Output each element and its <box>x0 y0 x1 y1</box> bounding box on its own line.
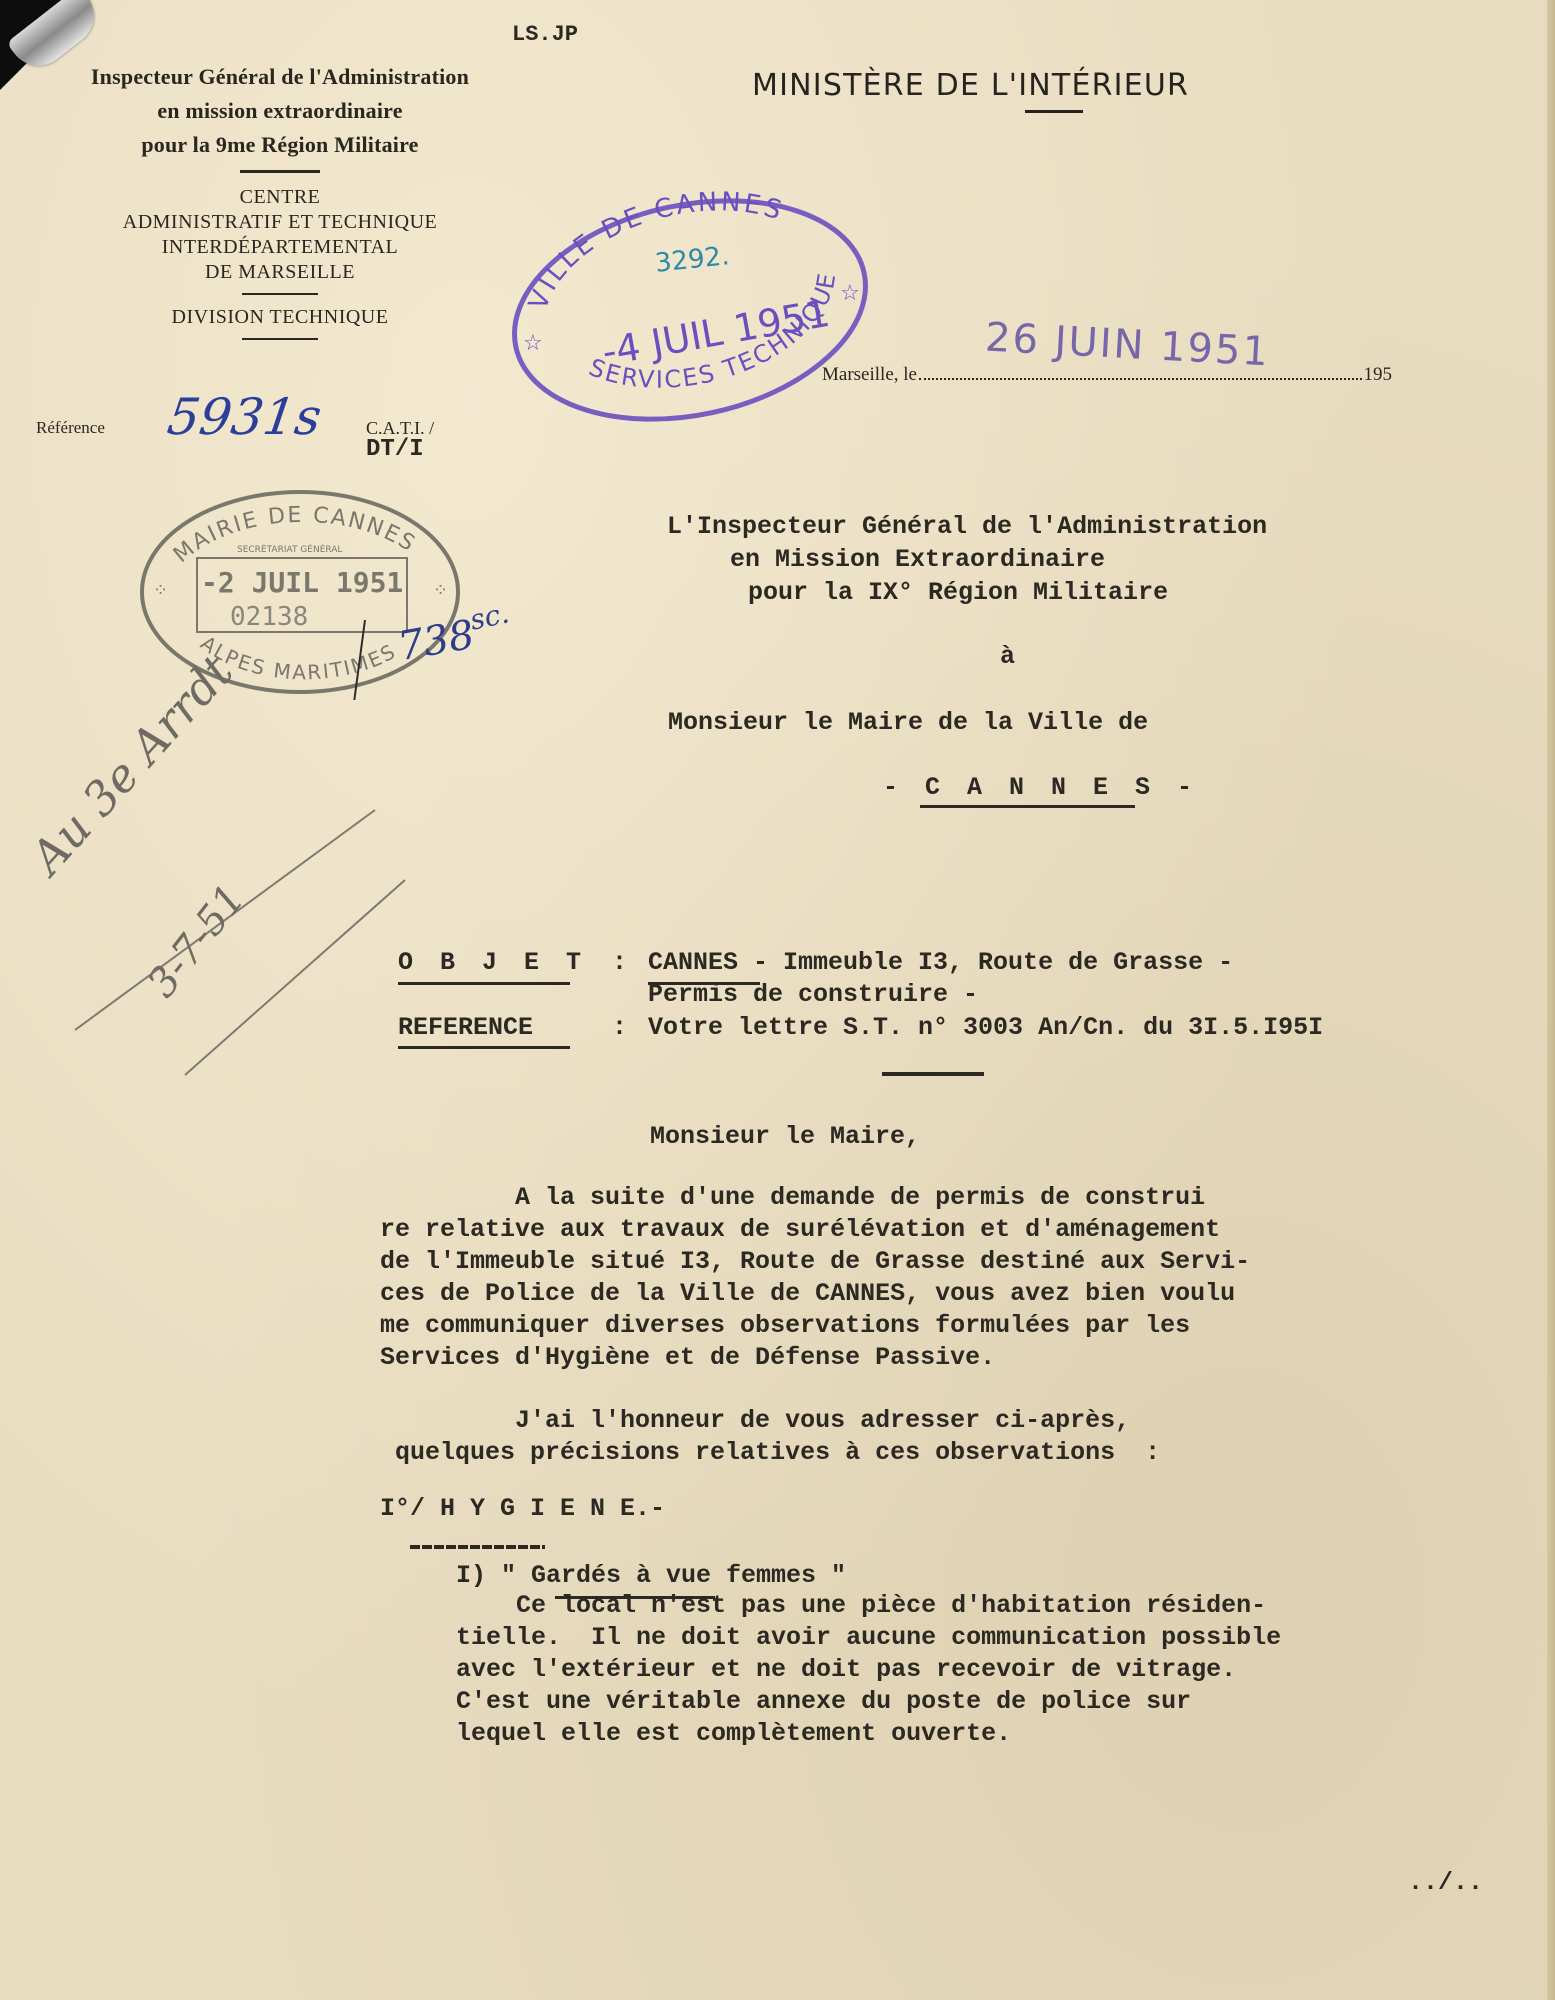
handwritten-initials: sc. <box>467 596 512 636</box>
objet-line-2: Permis de construire - <box>648 978 978 1011</box>
to-connector: à <box>1000 640 1015 673</box>
section-heading-hygiene: I°/ H Y G I E N E.- <box>380 1493 665 1525</box>
date-year-suffix: 195 <box>1364 364 1393 386</box>
centre-line-4: DE MARSEILLE <box>60 260 500 285</box>
paragraph-1: A la suite d'une demande de permis de co… <box>380 1182 1250 1374</box>
item-heading: I) " Gardés à vue femmes " <box>456 1560 846 1592</box>
paragraph-1-line: ces de Police de la Ville de CANNES, vou… <box>380 1278 1250 1310</box>
division-divider <box>242 338 318 340</box>
objet-label: O B J E T <box>398 946 587 979</box>
objet-line-1: CANNES - Immeuble I3, Route de Grasse - <box>648 946 1233 979</box>
svg-text:-2 JUIL 1951: -2 JUIL 1951 <box>201 566 403 599</box>
services-techniques-stamp: VILLE DE CANNES SERVICES TECHNIQUES ☆ ☆ … <box>505 190 875 430</box>
division-title: DIVISION TECHNIQUE <box>60 305 500 330</box>
reference-value: Votre lettre S.T. n° 3003 An/Cn. du 3I.5… <box>648 1011 1323 1044</box>
recipient-line: Monsieur le Maire de la Ville de <box>668 706 1148 739</box>
item-body-line: tielle. Il ne doit avoir aucune communic… <box>456 1622 1281 1654</box>
from-line-1: L'Inspecteur Général de l'Administration <box>667 510 1267 543</box>
issuer-line-2: en mission extraordinaire <box>60 94 500 128</box>
centre-line-1: CENTRE <box>60 185 500 210</box>
centre-line-2: ADMINISTRATIF ET TECHNIQUE <box>60 210 500 235</box>
section-heading-underline <box>410 1545 545 1549</box>
paragraph-2-line: quelques précisions relatives à ces obse… <box>380 1437 1160 1469</box>
dt-code: DT/I <box>366 436 424 463</box>
letterhead-divider <box>240 170 320 173</box>
from-line-3: pour la IX° Région Militaire <box>748 576 1168 609</box>
date-line: Marseille, le 195 <box>822 364 1392 386</box>
paragraph-2-line: J'ai l'honneur de vous adresser ci-après… <box>380 1405 1160 1437</box>
item-body-line: C'est une véritable annexe du poste de p… <box>456 1686 1281 1718</box>
recipient-city: - C A N N E S - <box>883 771 1198 804</box>
centre-line-3: INTERDÉPARTEMENTAL <box>60 235 500 260</box>
objet-underline <box>398 982 570 985</box>
ministry-title: MINISTÈRE DE L'INTÉRIEUR <box>752 68 1189 103</box>
svg-text:⁘: ⁘ <box>433 580 448 600</box>
svg-text:☆: ☆ <box>523 331 543 356</box>
section-separator <box>882 1072 984 1076</box>
continuation-mark: ../.. <box>1408 1868 1483 1897</box>
item-body-line: avec l'extérieur et ne doit pas recevoir… <box>456 1654 1281 1686</box>
centre-divider <box>242 293 318 295</box>
paragraph-1-line: re relative aux travaux de surélévation … <box>380 1214 1250 1246</box>
reference-handwritten-number: 5931s <box>164 388 325 446</box>
salutation: Monsieur le Maire, <box>650 1121 920 1153</box>
paragraph-1-line: de l'Immeuble situé I3, Route de Grasse … <box>380 1246 1250 1278</box>
item-body-line: lequel elle est complètement ouverte. <box>456 1718 1281 1750</box>
paragraph-1-line: A la suite d'une demande de permis de co… <box>380 1182 1250 1214</box>
svg-text:SECRÉTARIAT GÉNÉRAL: SECRÉTARIAT GÉNÉRAL <box>237 543 342 555</box>
city-underline <box>920 805 1135 808</box>
svg-text:02138: 02138 <box>230 602 308 632</box>
paragraph-1-line: me communiquer diverses observations for… <box>380 1310 1250 1342</box>
item-body-line: Ce local n'est pas une pièce d'habitatio… <box>456 1590 1281 1622</box>
issuer-line-1: Inspecteur Général de l'Administration <box>60 60 500 94</box>
issuer-line-3: pour la 9me Région Militaire <box>60 128 500 162</box>
date-dotted-leader <box>919 378 1362 380</box>
svg-text:⁘: ⁘ <box>153 580 168 600</box>
item-body: Ce local n'est pas une pièce d'habitatio… <box>456 1590 1281 1750</box>
paragraph-2: J'ai l'honneur de vous adresser ci-après… <box>380 1405 1160 1469</box>
reference-underline <box>398 1046 570 1049</box>
paragraph-1-line: Services d'Hygiène et de Défense Passive… <box>380 1342 1250 1374</box>
top-code: LS.JP <box>512 22 578 47</box>
svg-text:☆: ☆ <box>840 281 860 306</box>
reference-colon: : <box>612 1011 627 1044</box>
reference-label-body: REFERENCE <box>398 1011 533 1044</box>
from-line-2: en Mission Extraordinaire <box>730 543 1105 576</box>
ministry-underline <box>1025 110 1083 113</box>
paper-edge <box>1547 0 1555 2000</box>
objet-colon: : <box>612 946 627 979</box>
letterhead-block: Inspecteur Général de l'Administration e… <box>60 60 500 350</box>
reference-label: Référence <box>36 418 105 438</box>
